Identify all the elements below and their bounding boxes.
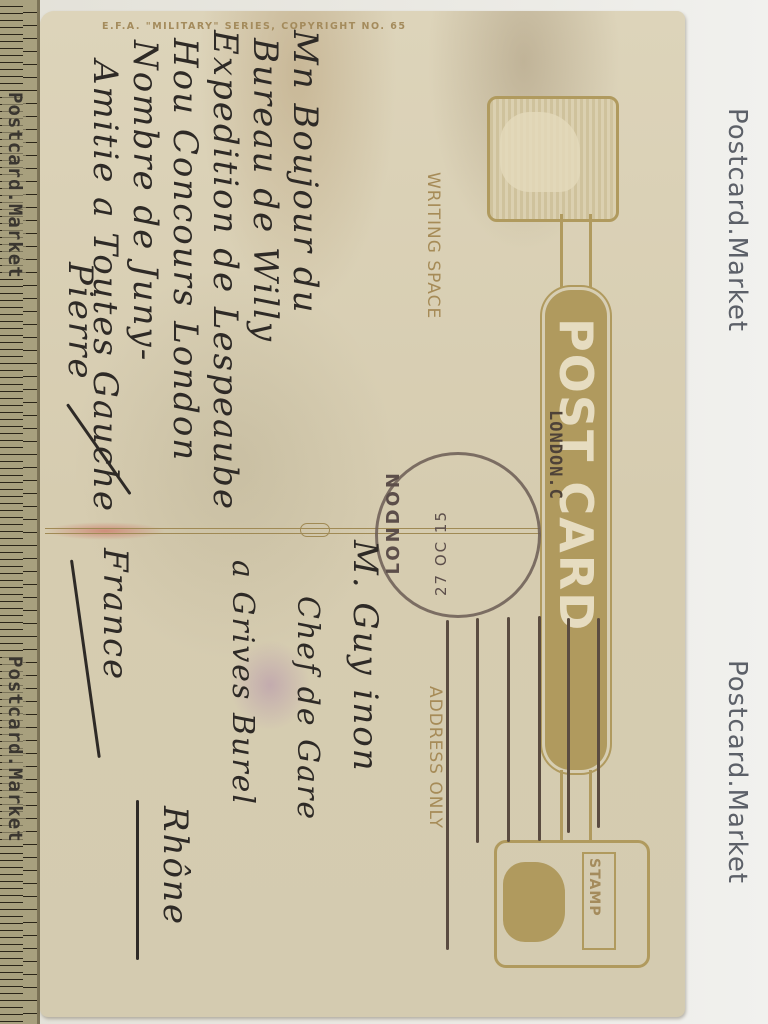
message-line: Hou Concours London bbox=[165, 38, 205, 462]
ruler-watermark: Postcard.Market bbox=[2, 656, 26, 843]
heart-ornament-icon bbox=[503, 862, 565, 942]
message-line: Expedition de Lespeaube bbox=[205, 30, 245, 511]
message-signature: Pierre bbox=[60, 262, 100, 381]
cancellation-line bbox=[476, 618, 479, 843]
postmark-date-line: 27 OC bbox=[432, 540, 450, 596]
copyright-line: E.F.A. "MILITARY" SERIES, COPYRIGHT NO. … bbox=[102, 21, 406, 32]
address-line: M. Guy inon bbox=[345, 540, 385, 773]
address-line: a Grives Burel bbox=[225, 560, 260, 806]
ruler-watermark: Postcard.Market bbox=[2, 92, 26, 279]
cancellation-line bbox=[538, 616, 541, 841]
message-line: Mn Boujour du bbox=[285, 30, 325, 315]
cancellation-line bbox=[567, 618, 570, 833]
address-underline bbox=[136, 800, 139, 960]
postmark-city: LONDON bbox=[383, 470, 404, 575]
banner-ornament bbox=[560, 214, 592, 294]
banner-ornament bbox=[560, 770, 592, 840]
watermark: Postcard.Market bbox=[722, 660, 752, 884]
cancellation-line bbox=[507, 617, 510, 842]
soldier-figure-icon bbox=[500, 112, 580, 192]
stamp-label: STAMP bbox=[586, 858, 602, 917]
message-line: Bureau de Willy bbox=[245, 38, 285, 343]
message-line: Nombre de Juny- bbox=[125, 40, 165, 362]
address-line: Rhône bbox=[155, 806, 195, 926]
cancellation-line bbox=[597, 618, 600, 828]
address-line: Chef de Gare bbox=[290, 596, 325, 821]
address-only-label: ADDRESS ONLY bbox=[425, 686, 445, 829]
divider-ornament-icon bbox=[300, 523, 330, 537]
postmark-date: 27 OC 15 bbox=[430, 510, 452, 596]
watermark: Postcard.Market bbox=[722, 108, 752, 332]
writing-space-label: WRITING SPACE bbox=[423, 172, 443, 319]
postmark-overstamp: LONDON.C bbox=[545, 410, 565, 500]
cancellation-line bbox=[446, 620, 449, 950]
postmark-date-line: 15 bbox=[432, 510, 450, 533]
address-line: France bbox=[95, 548, 135, 681]
